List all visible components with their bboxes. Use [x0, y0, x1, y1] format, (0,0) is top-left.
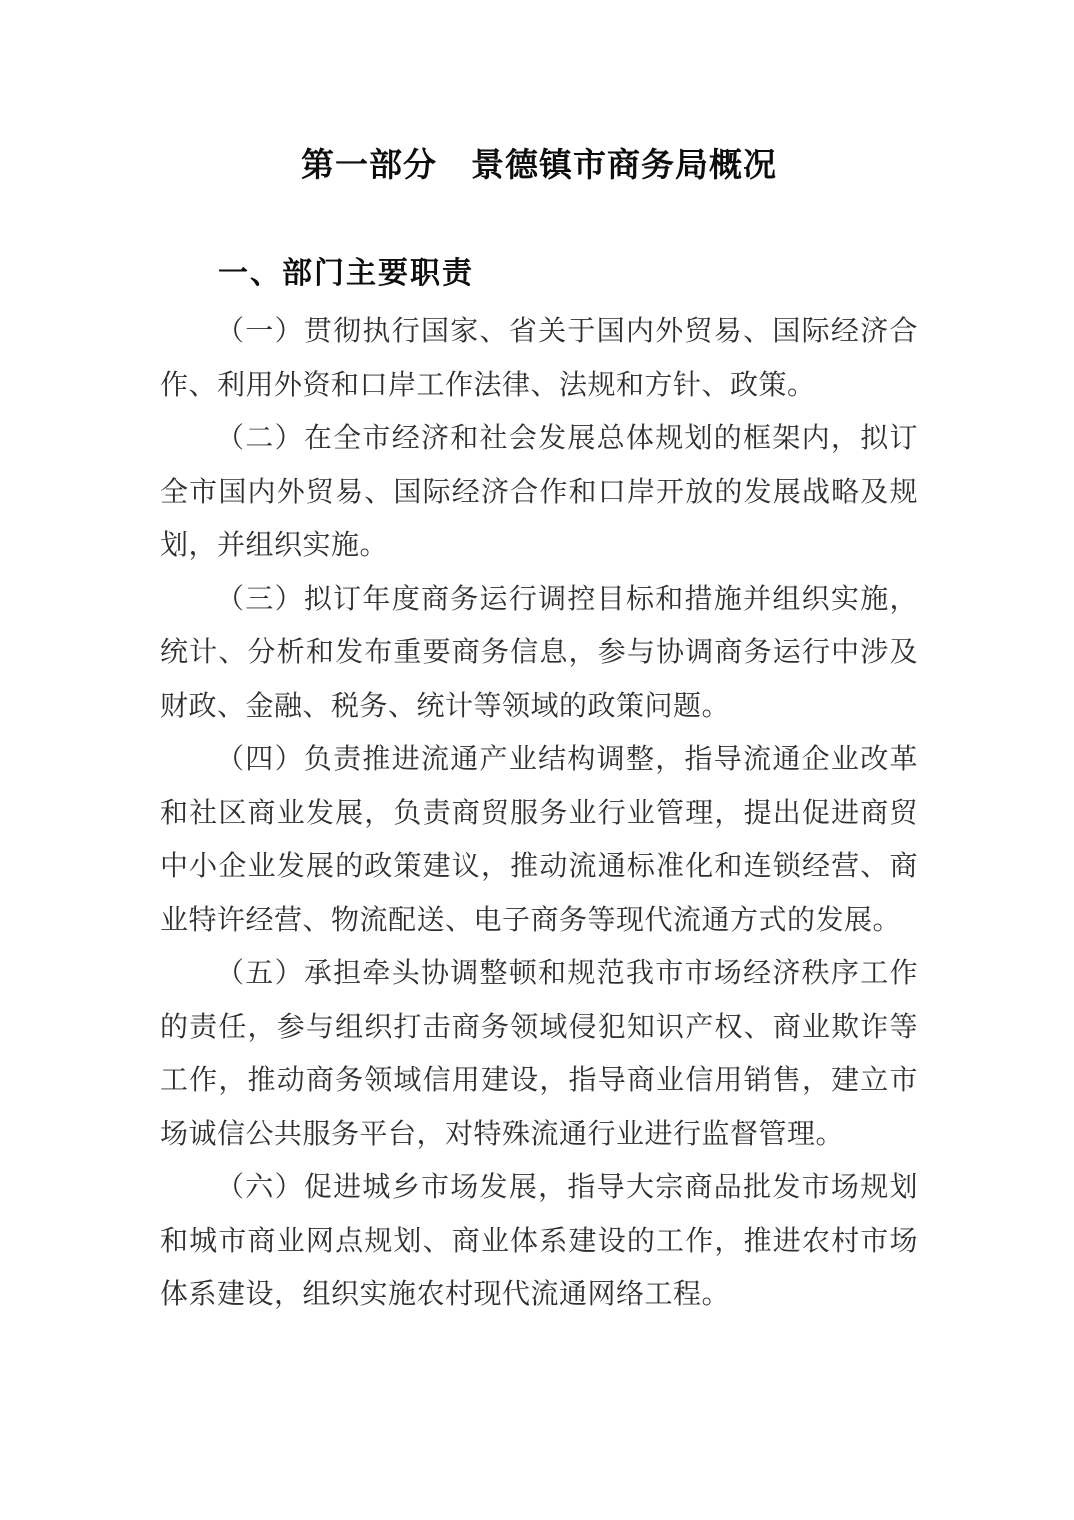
- document-title: 第一部分 景德镇市商务局概况: [160, 142, 918, 188]
- paragraph-duty-5: （五）承担牵头协调整顿和规范我市市场经济秩序工作的责任，参与组织打击商务领域侵犯…: [160, 946, 918, 1160]
- paragraph-duty-1: （一）贯彻执行国家、省关于国内外贸易、国际经济合作、利用外资和口岸工作法律、法规…: [160, 304, 918, 411]
- paragraph-duty-3: （三）拟订年度商务运行调控目标和措施并组织实施，统计、分析和发布重要商务信息，参…: [160, 572, 918, 733]
- paragraph-duty-4: （四）负责推进流通产业结构调整，指导流通企业改革和社区商业发展，负责商贸服务业行…: [160, 732, 918, 946]
- section-body: （一）贯彻执行国家、省关于国内外贸易、国际经济合作、利用外资和口岸工作法律、法规…: [160, 304, 918, 1321]
- paragraph-duty-2: （二）在全市经济和社会发展总体规划的框架内，拟订全市国内外贸易、国际经济合作和口…: [160, 411, 918, 572]
- document-page: 第一部分 景德镇市商务局概况 一、部门主要职责 （一）贯彻执行国家、省关于国内外…: [0, 0, 1074, 1520]
- paragraph-duty-6: （六）促进城乡市场发展，指导大宗商品批发市场规划和城市商业网点规划、商业体系建设…: [160, 1160, 918, 1321]
- section-heading: 一、部门主要职责: [160, 254, 918, 294]
